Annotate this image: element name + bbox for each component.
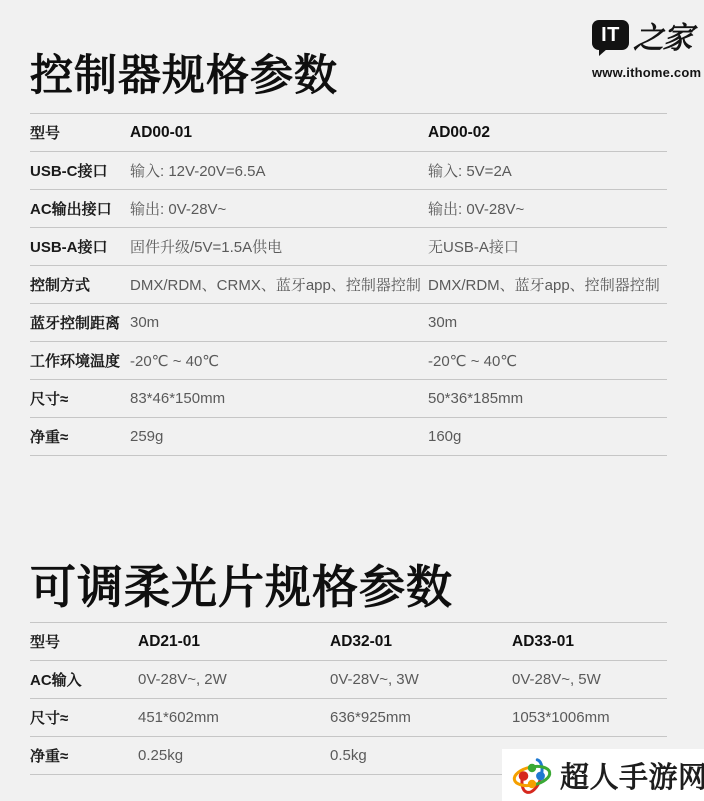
watermark-badge: 超人手游网	[502, 749, 704, 801]
diffuser-section-title: 可调柔光片规格参数	[30, 564, 453, 610]
table-row-usb-a: USB-A接口 固件升级/5V=1.5A供电 无USB-A接口	[30, 228, 667, 266]
spec-value: 30m	[428, 314, 667, 331]
row-label: USB-C接口	[30, 160, 130, 181]
row-label: 工作环境温度	[30, 350, 130, 371]
model-name: AD33-01	[512, 633, 667, 651]
ithome-brand-text: 之家	[632, 13, 693, 57]
model-name: AD32-01	[330, 633, 512, 651]
table-row-model: 型号 AD00-01 AD00-02	[30, 114, 667, 152]
row-label: 尺寸≈	[30, 388, 130, 409]
table-row-dimensions: 尺寸≈ 83*46*150mm 50*36*185mm	[30, 380, 667, 418]
spec-value: 输入: 12V-20V=6.5A	[130, 160, 428, 181]
row-label: 型号	[30, 631, 138, 652]
table-row-ac-output: AC输出接口 输出: 0V-28V~ 输出: 0V-28V~	[30, 190, 667, 228]
ithome-logo: IT 之家 www.ithome.com	[592, 13, 692, 80]
table-row-ac-input: AC输入 0V-28V~, 2W 0V-28V~, 3W 0V-28V~, 5W	[30, 661, 667, 699]
model-name: AD21-01	[138, 633, 330, 651]
table-row-dimensions: 尺寸≈ 451*602mm 636*925mm 1053*1006mm	[30, 699, 667, 737]
spec-value: 451*602mm	[138, 709, 330, 726]
table-row-bt-range: 蓝牙控制距离 30m 30m	[30, 304, 667, 342]
table-row-model: 型号 AD21-01 AD32-01 AD33-01	[30, 623, 667, 661]
controller-section-title: 控制器规格参数	[30, 55, 338, 98]
spec-value: 固件升级/5V=1.5A供电	[130, 236, 428, 257]
watermark-text: 超人手游网	[560, 755, 704, 796]
spec-value: 输出: 0V-28V~	[130, 198, 428, 219]
controller-spec-table: 型号 AD00-01 AD00-02 USB-C接口 输入: 12V-20V=6…	[30, 113, 667, 456]
spec-value: 0.25kg	[138, 747, 330, 764]
spec-value: 636*925mm	[330, 709, 512, 726]
spec-value: DMX/RDM、CRMX、蓝牙app、控制器控制	[130, 274, 428, 295]
row-label: 型号	[30, 122, 130, 143]
row-label: AC输入	[30, 669, 138, 690]
row-label: AC输出接口	[30, 198, 130, 219]
row-label: 尺寸≈	[30, 707, 138, 728]
row-label: 蓝牙控制距离	[30, 312, 130, 333]
spec-value: 0V-28V~, 3W	[330, 671, 512, 688]
model-name: AD00-01	[130, 124, 428, 142]
row-label: 控制方式	[30, 274, 130, 295]
spec-value: 0.5kg	[330, 747, 512, 764]
watermark-orbit-icon	[508, 751, 556, 799]
spec-value: 259g	[130, 428, 428, 445]
row-label: USB-A接口	[30, 236, 130, 257]
spec-value: DMX/RDM、蓝牙app、控制器控制	[428, 274, 667, 295]
table-row-control-mode: 控制方式 DMX/RDM、CRMX、蓝牙app、控制器控制 DMX/RDM、蓝牙…	[30, 266, 667, 304]
spec-value: 无USB-A接口	[428, 236, 667, 257]
spec-value: 1053*1006mm	[512, 709, 667, 726]
spec-value: 0V-28V~, 2W	[138, 671, 330, 688]
row-label: 净重≈	[30, 426, 130, 447]
table-row-usb-c: USB-C接口 输入: 12V-20V=6.5A 输入: 5V=2A	[30, 152, 667, 190]
spec-value: 0V-28V~, 5W	[512, 671, 667, 688]
spec-value: -20℃ ~ 40℃	[428, 352, 667, 370]
row-label: 净重≈	[30, 745, 138, 766]
spec-value: -20℃ ~ 40℃	[130, 352, 428, 370]
table-row-weight: 净重≈ 259g 160g	[30, 418, 667, 456]
model-name: AD00-02	[428, 124, 667, 142]
spec-value: 83*46*150mm	[130, 390, 428, 407]
table-row-temperature: 工作环境温度 -20℃ ~ 40℃ -20℃ ~ 40℃	[30, 342, 667, 380]
spec-value: 输入: 5V=2A	[428, 160, 667, 181]
ithome-url: www.ithome.com	[592, 65, 692, 80]
spec-value: 50*36*185mm	[428, 390, 667, 407]
spec-value: 160g	[428, 428, 667, 445]
spec-value: 输出: 0V-28V~	[428, 198, 667, 219]
ithome-badge-icon: IT	[592, 20, 629, 50]
spec-value: 30m	[130, 314, 428, 331]
